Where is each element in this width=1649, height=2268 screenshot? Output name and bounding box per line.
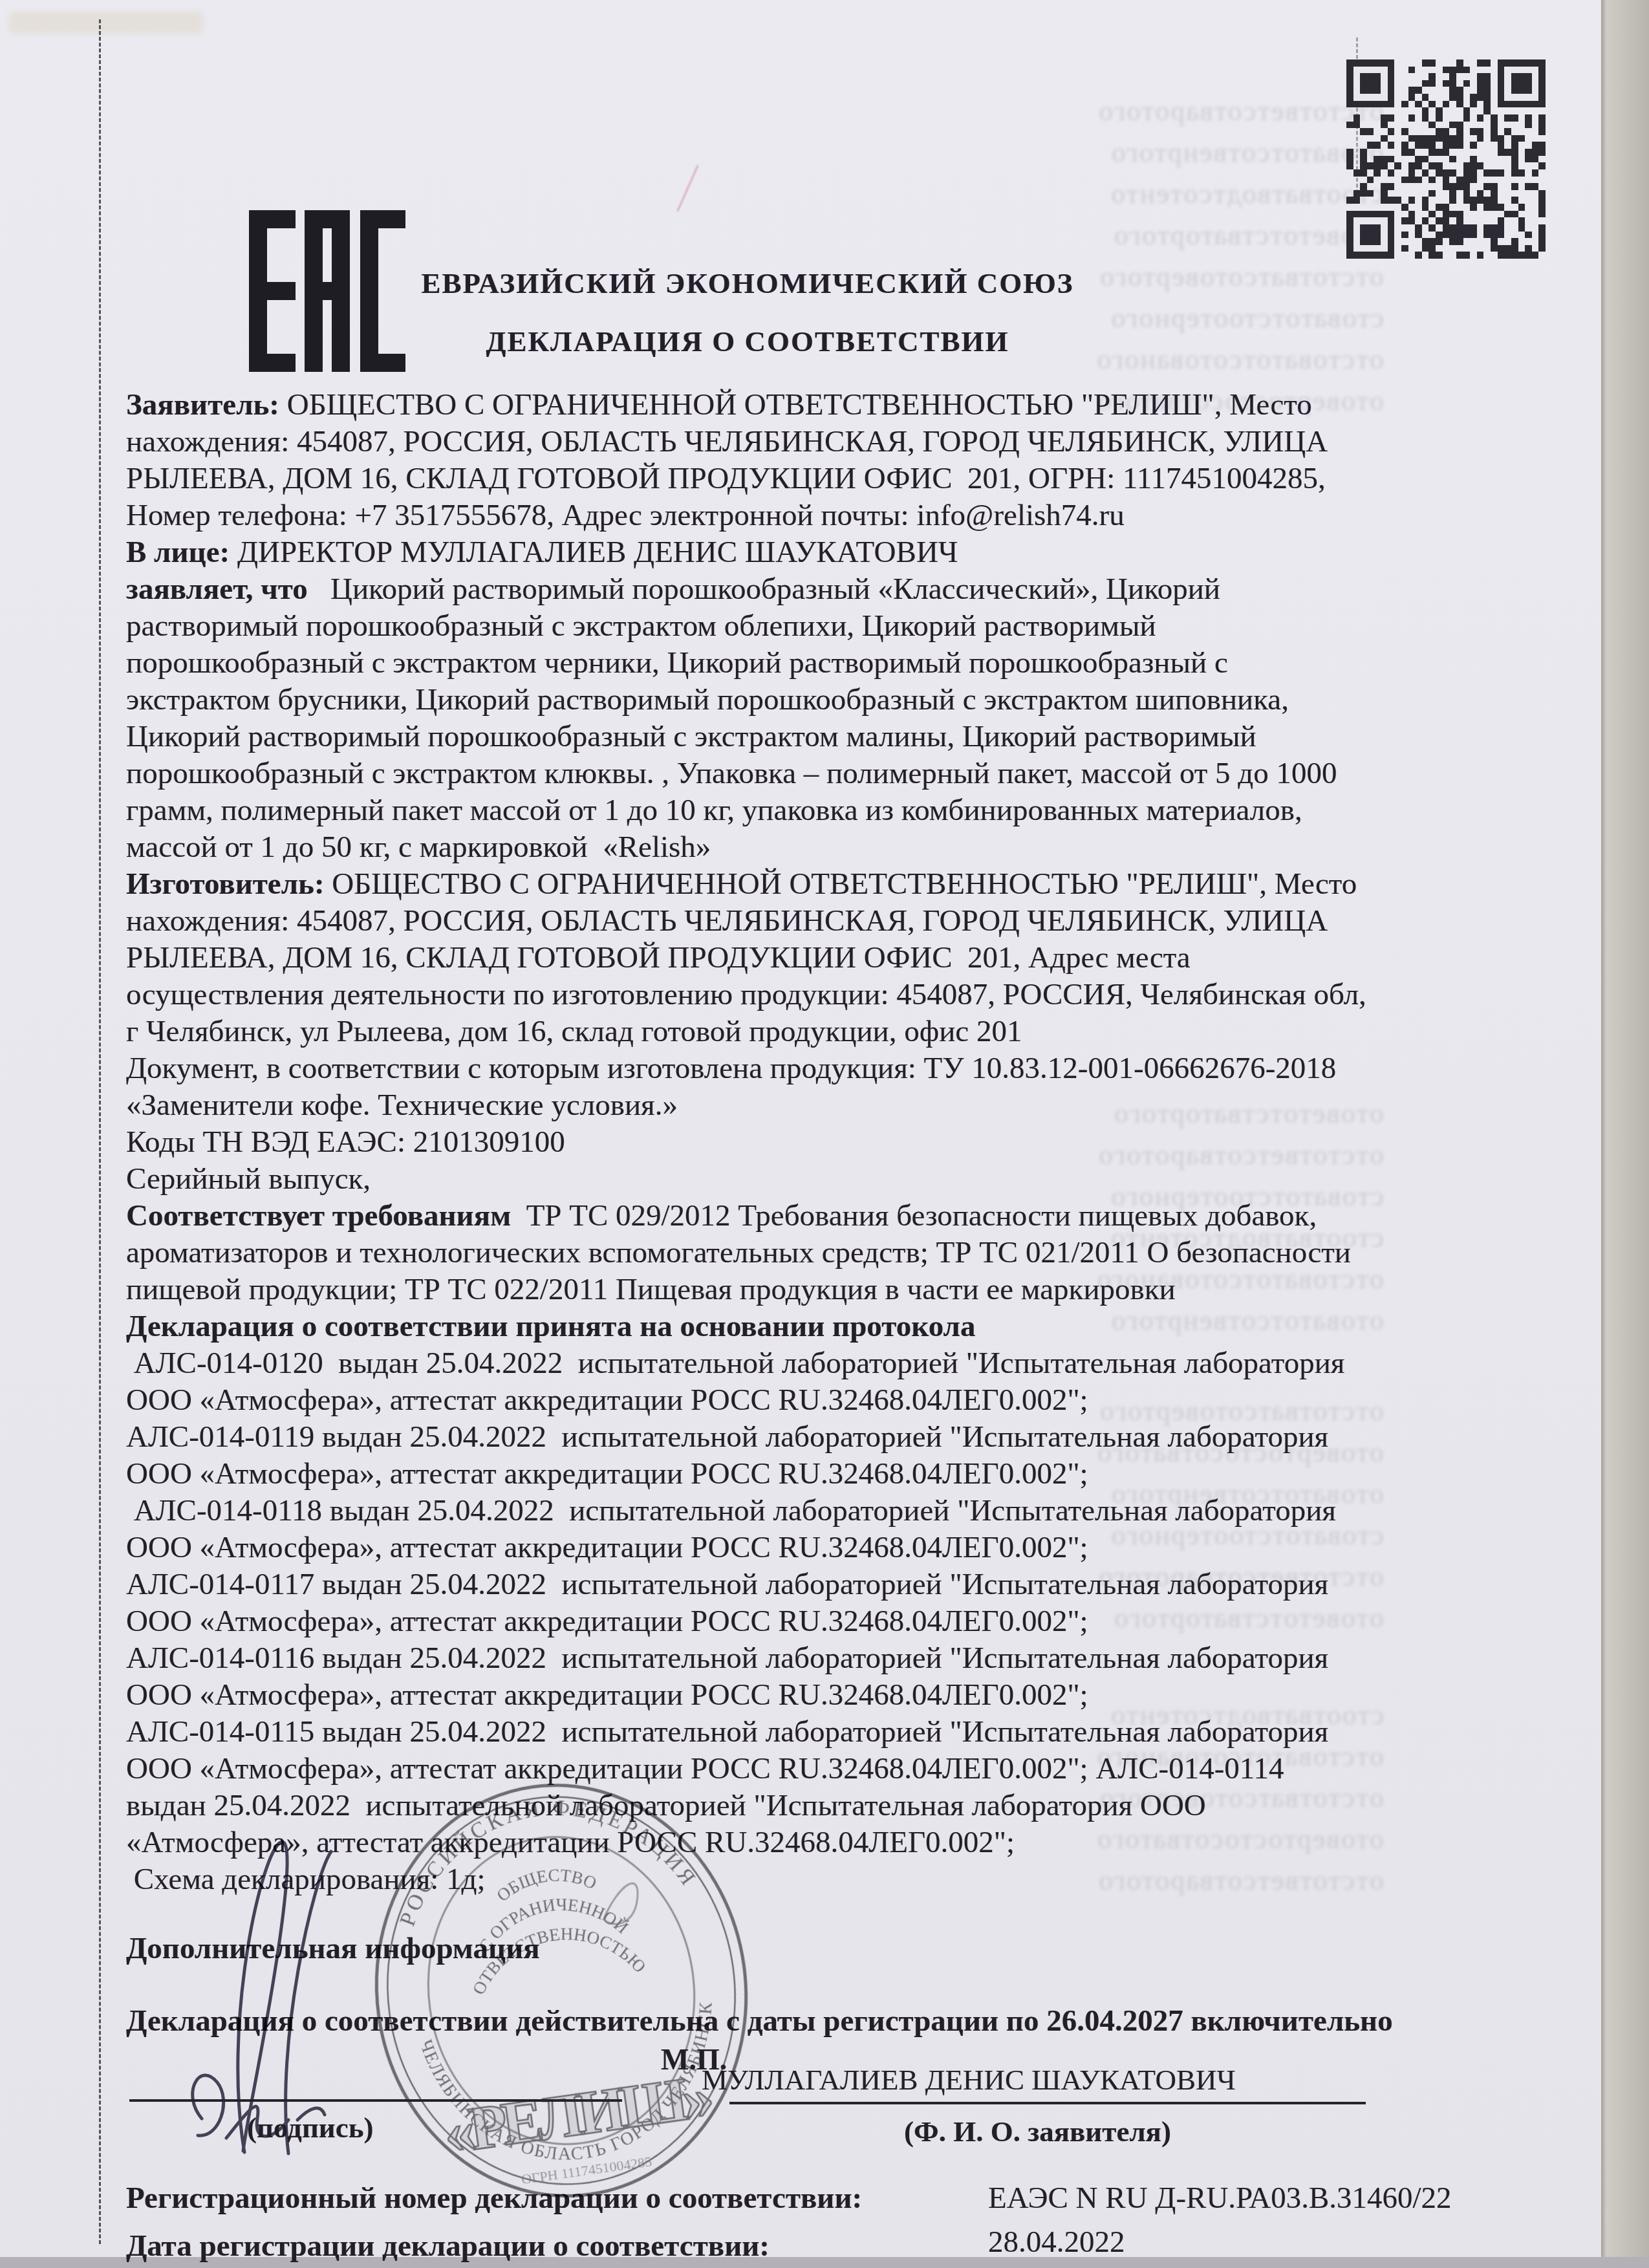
product-document-paragraph: Документ, в соответствии с которым изгот…	[126, 1050, 1371, 1124]
applicant-full-name: МУЛЛАГАЛИЕВ ДЕНИС ШАУКАТОВИЧ	[702, 2063, 1236, 2097]
fio-caption: (Ф. И. О. заявителя)	[904, 2115, 1171, 2148]
tnved-codes-line: Коды ТН ВЭД ЕАЭС: 2101309100	[126, 1124, 1371, 1161]
declares-label: заявляет, что	[126, 572, 308, 606]
protocol-entry: АЛС-014-0119 выдан 25.04.2022 испытатель…	[126, 1419, 1371, 1493]
applicant-label: Заявитель:	[126, 388, 279, 422]
bleedthrough-block-top: отстответсотваротогоотоватотсотвенртого …	[831, 91, 1384, 422]
signature-line	[129, 2099, 622, 2102]
protocol-entry: АЛС-014-0116 выдан 25.04.2022 испытатель…	[126, 1640, 1371, 1714]
in-person-paragraph: В лице: ДИРЕКТОР МУЛЛАГАЛИЕВ ДЕНИС ШАУКА…	[126, 534, 1371, 571]
scan-smudge	[9, 12, 203, 34]
manufacturer-paragraph: Изготовитель: ОБЩЕСТВО С ОГРАНИЧЕННОЙ ОТ…	[126, 866, 1371, 1050]
qr-code	[1346, 59, 1546, 259]
conformity-paragraph: Соответствует требованиям ТР ТС 029/2012…	[126, 1198, 1371, 1308]
protocol-entry: АЛС-014-0120 выдан 25.04.2022 испытатель…	[126, 1345, 1371, 1419]
signature-caption: (подпись)	[247, 2111, 374, 2144]
declares-paragraph: заявляет, что Цикорий растворимый порошк…	[126, 571, 1371, 866]
declaration-body: Заявитель: ОБЩЕСТВО С ОГРАНИЧЕННОЙ ОТВЕТ…	[126, 387, 1371, 1898]
serial-release-line: Серийный выпуск,	[126, 1161, 1371, 1198]
applicant-paragraph: Заявитель: ОБЩЕСТВО С ОГРАНИЧЕННОЙ ОТВЕТ…	[126, 387, 1371, 534]
conformity-label: Соответствует требованиям	[126, 1199, 511, 1233]
reg-date-value: 28.04.2022	[988, 2225, 1125, 2260]
pen-scratch-mark	[676, 165, 698, 211]
fold-dashed-line	[99, 19, 101, 2244]
protocol-entry: АЛС-014-0117 выдан 25.04.2022 испытатель…	[126, 1566, 1371, 1640]
fio-line	[729, 2102, 1366, 2104]
document-title-union: ЕВРАЗИЙСКИЙ ЭКОНОМИЧЕСКИЙ СОЮЗ	[126, 266, 1369, 300]
protocol-entry: АЛС-014-0118 выдан 25.04.2022 испытатель…	[126, 1493, 1371, 1566]
manufacturer-label: Изготовитель:	[126, 867, 325, 901]
reg-number-value: ЕАЭС N RU Д-RU.РА03.В.31460/22	[988, 2181, 1452, 2216]
document-title-declaration: ДЕКЛАРАЦИЯ О СООТВЕТСТВИИ	[126, 325, 1369, 358]
in-person-label: В лице:	[126, 535, 230, 569]
scan-edge-right	[1601, 0, 1649, 2268]
basis-label-line: Декларация о соответствии принята на осн…	[126, 1308, 1371, 1345]
